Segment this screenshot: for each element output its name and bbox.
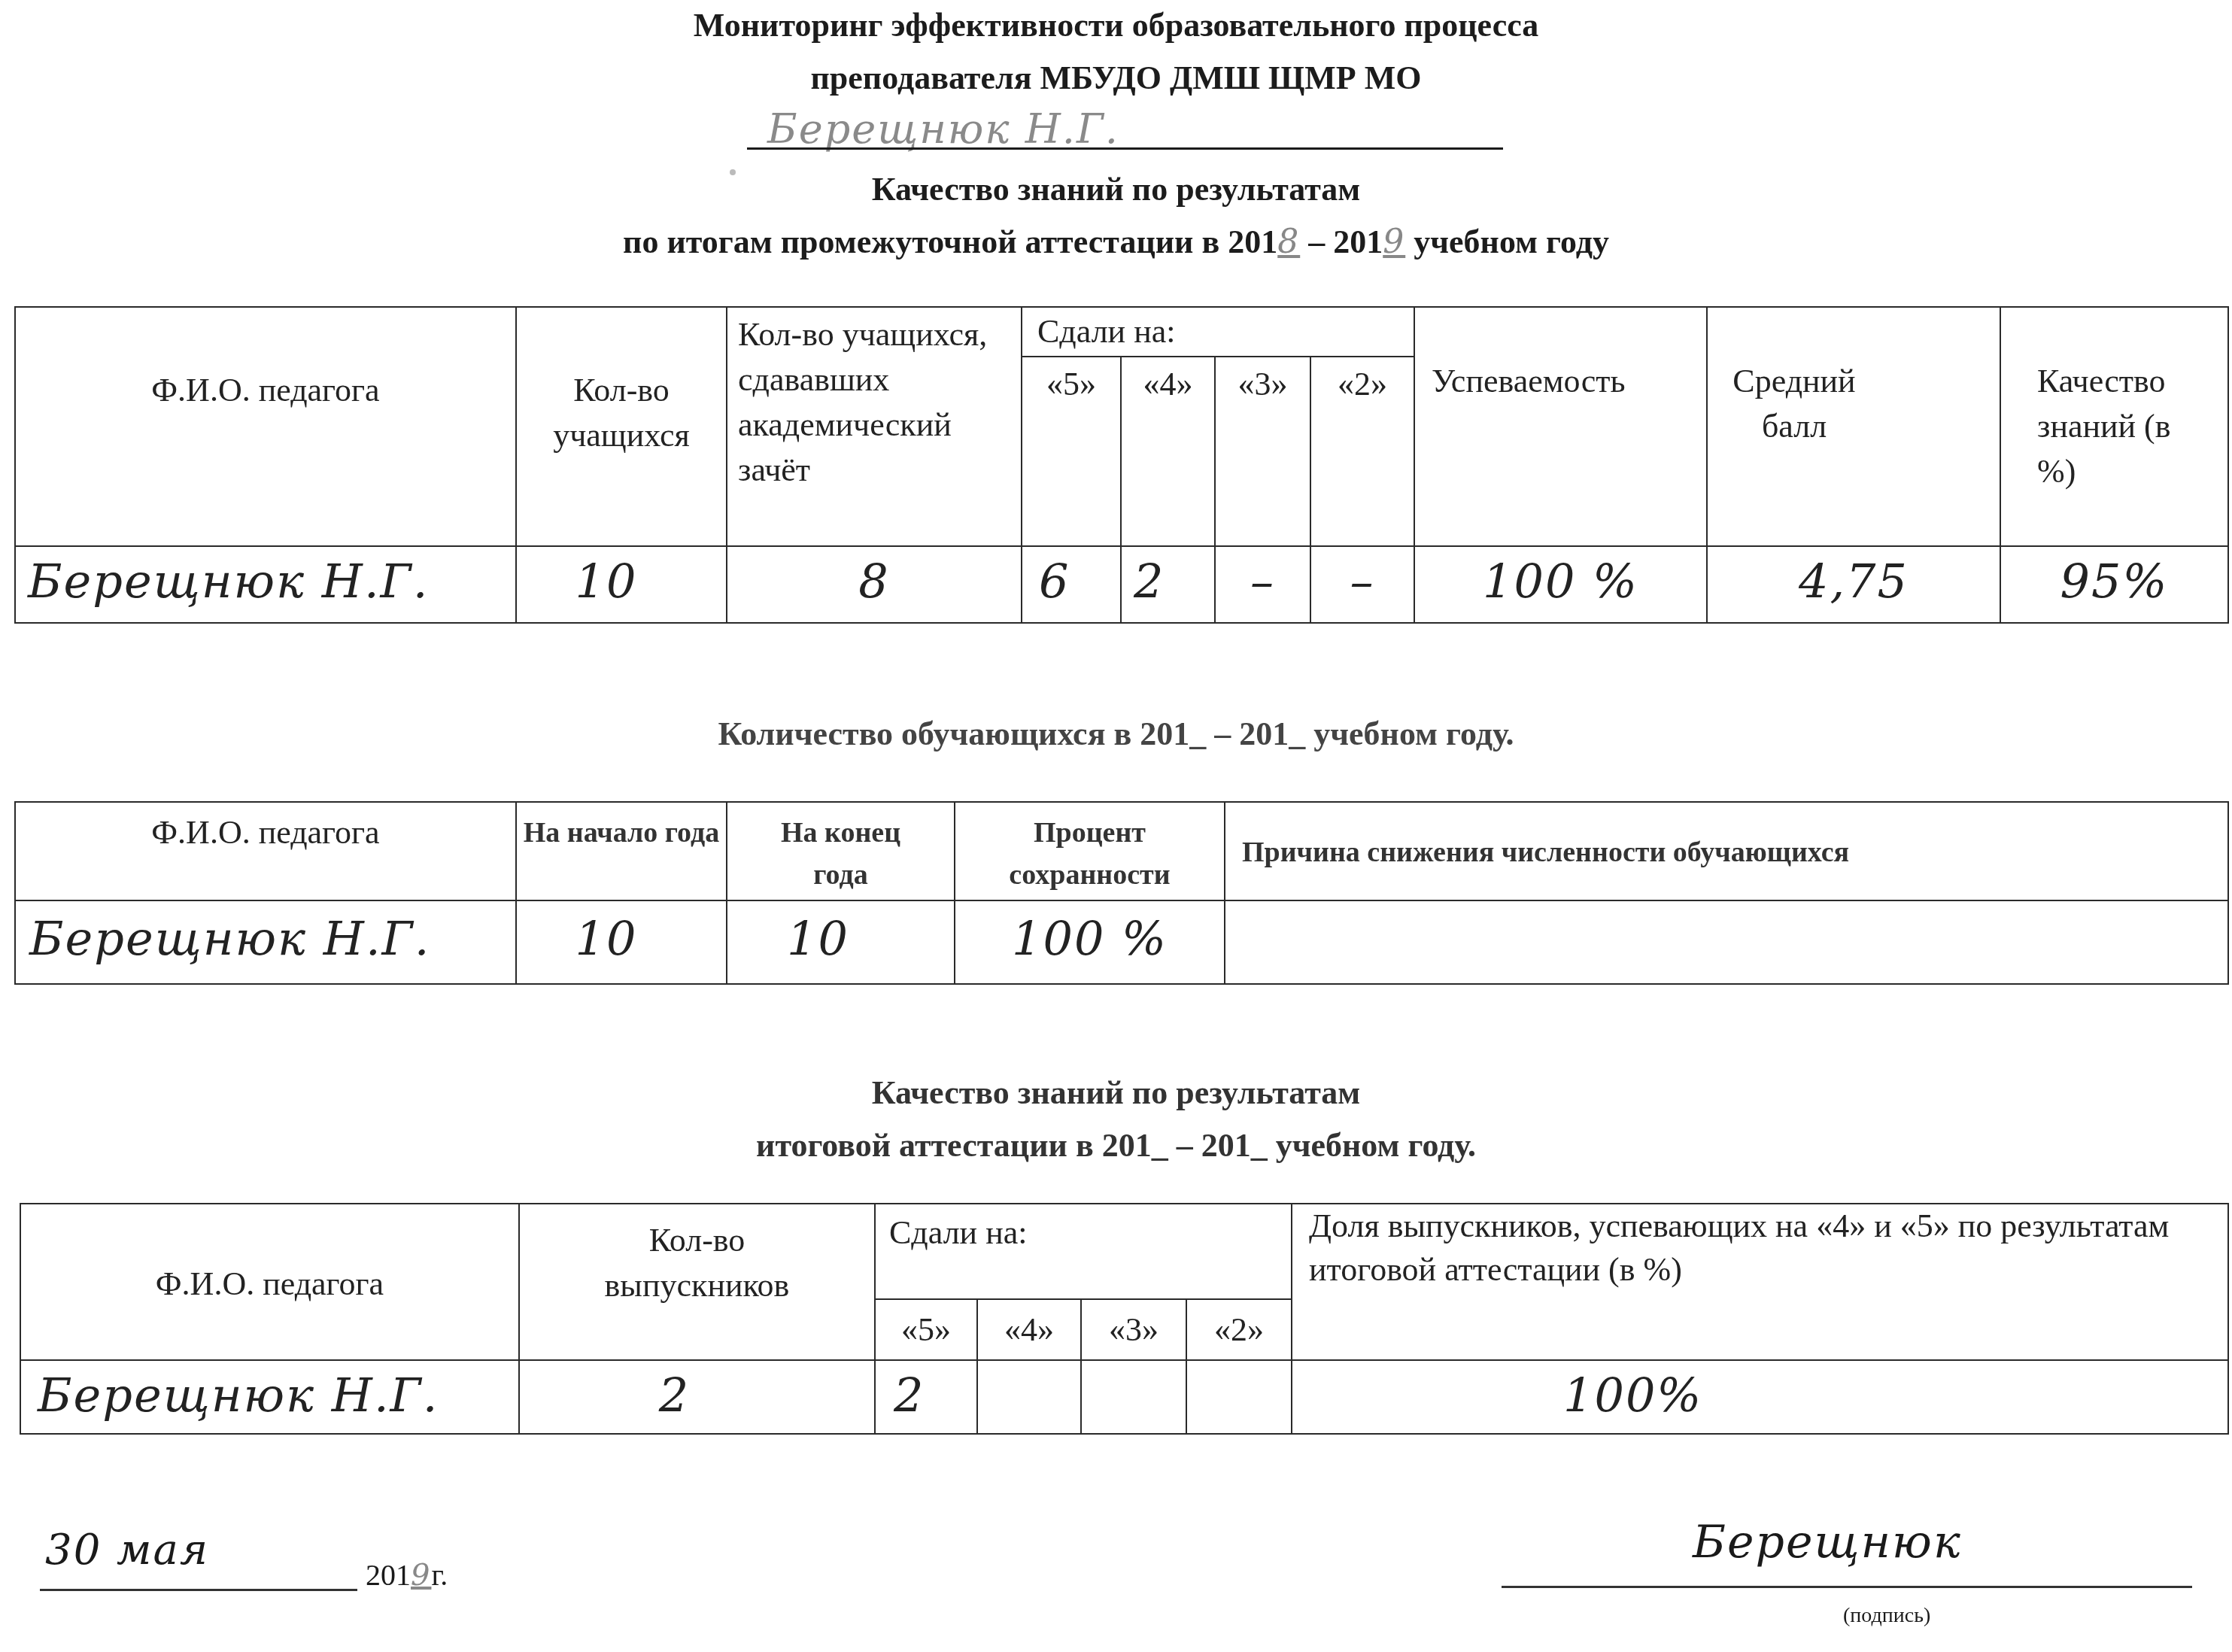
teacher-name-underline — [747, 147, 1503, 150]
th-share-label: Доля выпускников, успевающих на «4» и «5… — [1309, 1204, 2205, 1292]
th-grade2: «2» — [1186, 1298, 1292, 1361]
td-grade2-value: – — [1311, 559, 1414, 604]
td-retention: 100 % — [954, 900, 1225, 985]
date-handwritten: 30 мая — [45, 1526, 209, 1575]
section1-title-suffix: учебном году — [1405, 223, 1609, 260]
td-progress: 100 % — [1414, 545, 1708, 624]
th-avg: Средний балл — [1706, 306, 2001, 547]
td-grade2: – — [1310, 545, 1415, 624]
td-students-exam-value: 8 — [727, 559, 1021, 604]
th-progress: Успеваемость — [1414, 306, 1708, 547]
td-grade3: – — [1214, 545, 1311, 624]
th-students-exam: Кол-во учащихся, сдававших академический… — [726, 306, 1022, 547]
td-grade5-value: 2 — [894, 1373, 925, 1418]
td-students: 10 — [515, 545, 727, 624]
td-students-value: 10 — [517, 559, 696, 604]
year-prefix: 201 — [366, 1558, 411, 1592]
td-graduates: 2 — [518, 1359, 876, 1435]
th-quality: Качество знаний (в %) — [2000, 306, 2229, 547]
th-progress-label: Успеваемость — [1432, 359, 1626, 404]
td-fio: Берещнюк Н.Г. — [14, 545, 517, 624]
th-retention: Процент сохранности — [954, 801, 1225, 901]
th-grade5-label: «5» — [1022, 362, 1120, 407]
year-end-digit: 9 — [1383, 223, 1405, 261]
section1-title-line1: Качество знаний по результатам — [0, 170, 2232, 209]
th-grade4: «4» — [1120, 356, 1216, 547]
td-graduates-value: 2 — [520, 1373, 829, 1418]
td-share-value: 100% — [1563, 1373, 1702, 1418]
td-grade5-value: 6 — [1039, 559, 1070, 604]
th-passed-on: Сдали на: — [874, 1203, 1292, 1300]
teacher-name-handwritten: Берещнюк Н.Г. — [767, 105, 1119, 153]
document-title-line1: Мониторинг эффективности образовательног… — [0, 6, 2232, 45]
th-passed-on: Сдали на: — [1021, 306, 1415, 357]
year-digit-handwritten: 9 — [411, 1558, 431, 1593]
signature-handwritten: Берещнюк — [1693, 1516, 1962, 1568]
td-start: 10 — [515, 900, 727, 985]
year-suffix: г. — [431, 1558, 448, 1592]
td-fio-value: Берещнюк Н.Г. — [38, 1373, 439, 1418]
td-quality: 95% — [2000, 545, 2229, 624]
th-fio: Ф.И.О. педагога — [14, 306, 517, 547]
td-grade2 — [1186, 1359, 1292, 1435]
th-grade2-label: «2» — [1311, 362, 1414, 407]
th-fio-label: Ф.И.О. педагога — [16, 368, 515, 413]
th-grade4-label: «4» — [1122, 362, 1214, 407]
th-retention-label: Процент сохранности — [955, 812, 1224, 896]
td-end-value: 10 — [727, 916, 909, 961]
td-fio-value: Берещнюк Н.Г. — [29, 916, 430, 961]
date-underline — [40, 1589, 357, 1591]
td-grade5: 6 — [1021, 545, 1122, 624]
th-grade3: «3» — [1080, 1298, 1187, 1361]
th-grade4: «4» — [976, 1298, 1082, 1361]
th-passed-on-label: Сдали на: — [1037, 309, 1175, 354]
td-grade3 — [1080, 1359, 1187, 1435]
th-share: Доля выпускников, успевающих на «4» и «5… — [1291, 1203, 2229, 1361]
th-avg-label: Средний балл — [1723, 359, 1866, 449]
section1-title-prefix: по итогам промежуточной аттестации в 201 — [623, 223, 1277, 260]
td-grade4-value: 2 — [1134, 559, 1165, 604]
td-avg-value: 4,75 — [1708, 559, 2000, 604]
td-fio: Берещнюк Н.Г. — [20, 1359, 520, 1435]
section3-title-line2: итоговой аттестации в 201_ – 201_ учебно… — [0, 1126, 2232, 1165]
th-end: На конец года — [726, 801, 955, 901]
th-grade3: «3» — [1214, 356, 1311, 547]
td-grade3-value: – — [1216, 559, 1310, 604]
th-fio: Ф.И.О. педагога — [14, 801, 517, 901]
year-start-digit: 8 — [1277, 223, 1300, 261]
document-title-line2: преподавателя МБУДО ДМШ ЩМР МО — [0, 59, 2232, 98]
signature-caption: (подпись) — [1843, 1604, 1930, 1628]
td-grade4 — [976, 1359, 1082, 1435]
th-grade5-label: «5» — [876, 1307, 976, 1353]
th-passed-on-label: Сдали на: — [889, 1210, 1027, 1256]
td-reason — [1224, 900, 2229, 985]
th-start: На начало года — [515, 801, 727, 901]
th-students-label: Кол-во учащихся — [524, 368, 718, 458]
td-end: 10 — [726, 900, 955, 985]
th-grade3-label: «3» — [1216, 362, 1310, 407]
signature-line — [1502, 1586, 2192, 1588]
th-graduates: Кол-во выпускников — [518, 1203, 876, 1361]
th-students: Кол-во учащихся — [515, 306, 727, 547]
th-fio: Ф.И.О. педагога — [20, 1203, 520, 1361]
th-reason: Причина снижения численности обучающихся — [1224, 801, 2229, 901]
th-grade2-label: «2» — [1187, 1307, 1291, 1353]
th-start-label: На начало года — [520, 812, 723, 854]
th-grade5: «5» — [1021, 356, 1122, 547]
td-avg: 4,75 — [1706, 545, 2001, 624]
td-grade4: 2 — [1120, 545, 1216, 624]
td-share: 100% — [1291, 1359, 2229, 1435]
th-students-exam-label: Кол-во учащихся, сдававших академический… — [738, 312, 1015, 493]
section3-title-line1: Качество знаний по результатам — [0, 1073, 2232, 1113]
td-fio-value: Берещнюк Н.Г. — [28, 559, 429, 604]
th-end-label: На конец года — [758, 812, 924, 896]
td-start-value: 10 — [517, 916, 696, 961]
td-quality-value: 95% — [2001, 559, 2227, 604]
td-students-exam: 8 — [726, 545, 1022, 624]
td-retention-value: 100 % — [955, 916, 1224, 961]
td-fio: Берещнюк Н.Г. — [14, 900, 517, 985]
th-fio-label: Ф.И.О. педагога — [21, 1262, 518, 1307]
th-reason-label: Причина снижения численности обучающихся — [1242, 831, 1849, 873]
th-quality-label: Качество знаний (в %) — [2037, 359, 2188, 494]
th-grade4-label: «4» — [978, 1307, 1080, 1353]
date-year: 2019г. — [366, 1557, 448, 1593]
th-fio-label: Ф.И.О. педагога — [16, 810, 515, 855]
th-grade5: «5» — [874, 1298, 978, 1361]
th-grade3-label: «3» — [1082, 1307, 1186, 1353]
section2-title: Количество обучающихся в 201_ – 201_ уче… — [0, 715, 2232, 754]
section1-title-mid: – 201 — [1300, 223, 1383, 260]
th-grade2: «2» — [1310, 356, 1415, 547]
section1-title-line2: по итогам промежуточной аттестации в 201… — [0, 223, 2232, 262]
td-grade5: 2 — [874, 1359, 978, 1435]
td-progress-value: 100 % — [1415, 559, 1706, 604]
th-graduates-label: Кол-во выпускников — [580, 1218, 814, 1308]
